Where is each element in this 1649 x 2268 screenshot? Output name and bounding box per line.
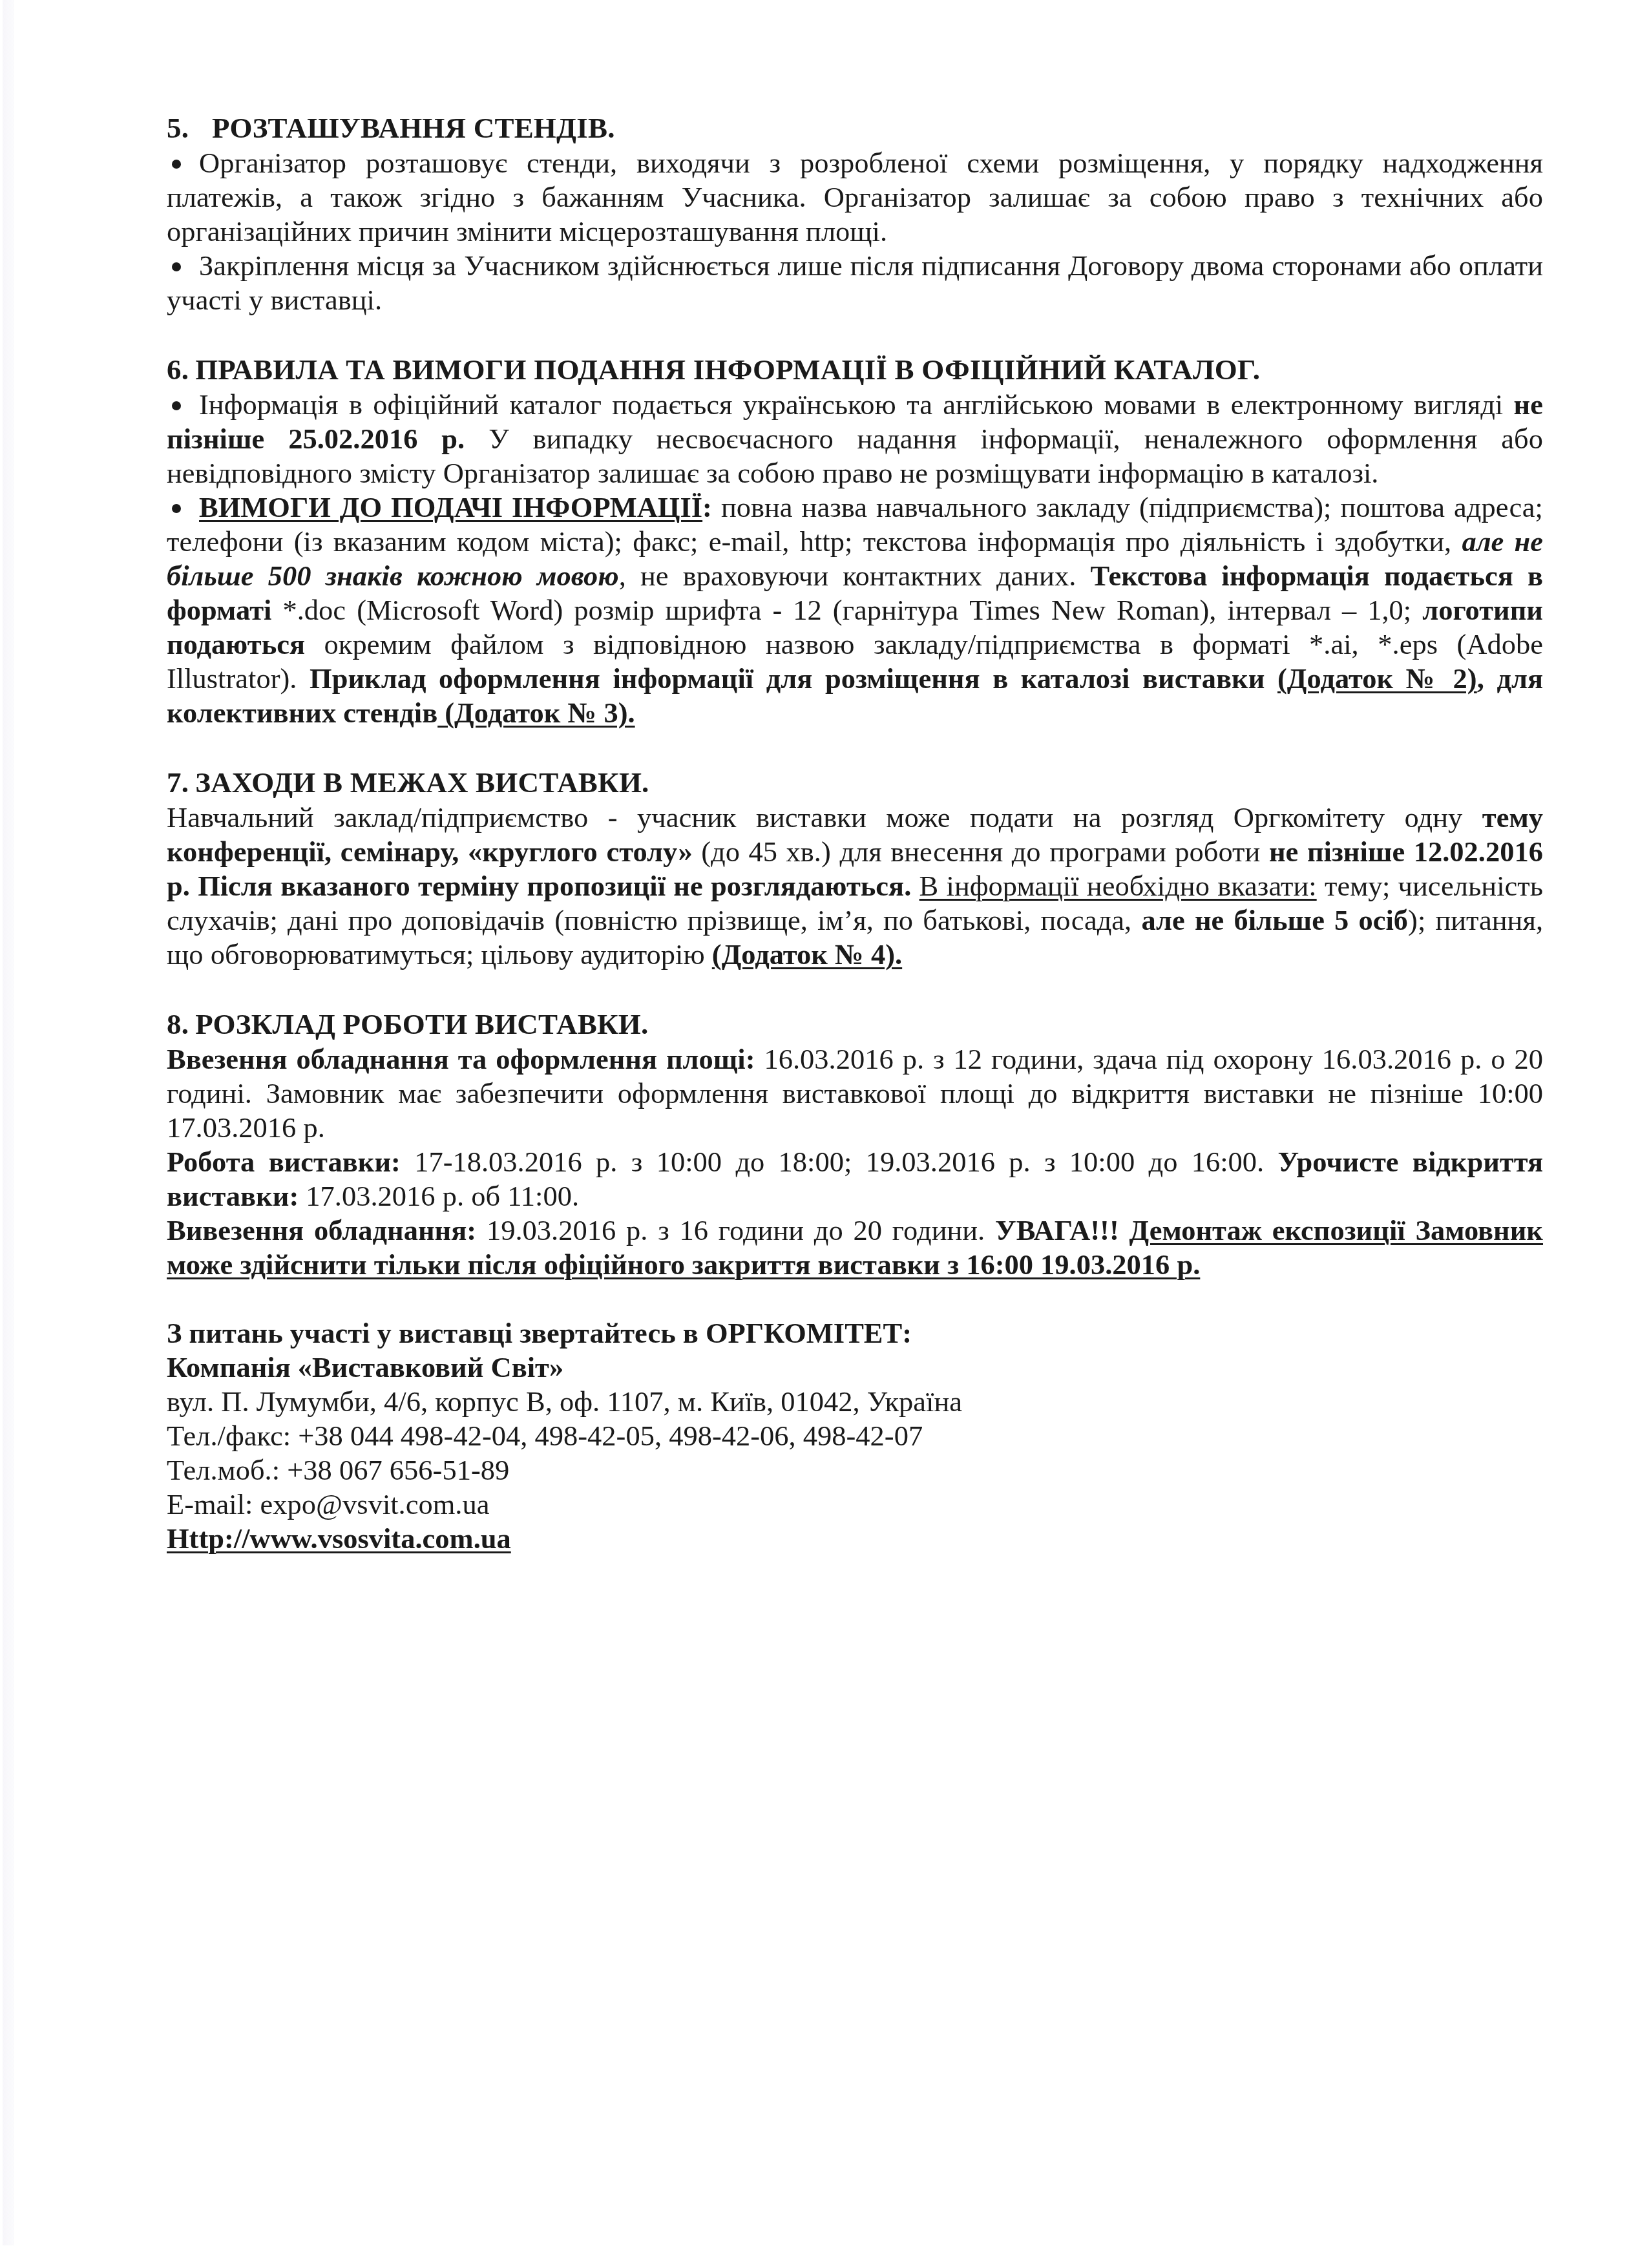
text-run: 17-18.03.2016 р. з 10:00 до 18:00; 19.03… <box>401 1146 1278 1178</box>
text-run: УВАГА!!! <box>995 1214 1119 1246</box>
bullet-paragraph: Закріплення місця за Учасником здійснюєт… <box>167 249 1543 317</box>
text-run: ВИМОГИ ДО ПОДАЧІ ІНФОРМАЦІЇ <box>199 491 702 523</box>
text-run <box>1119 1214 1129 1246</box>
section-s6: 6.ПРАВИЛА ТА ВИМОГИ ПОДАННЯ ІНФОРМАЦІЇ В… <box>167 352 1543 730</box>
bullet-paragraph: Організатор розташовує стенди, виходячи … <box>167 146 1543 249</box>
contacts-block: З питань участі у виставці звертайтесь в… <box>167 1316 1543 1556</box>
bullet-paragraph: ВИМОГИ ДО ПОДАЧІ ІНФОРМАЦІЇ: повна назва… <box>167 490 1543 730</box>
text-run: Закріплення місця за Учасником здійснюєт… <box>167 249 1543 316</box>
text-run: Інформація в офіційний каталог подається… <box>199 388 1514 421</box>
text-run: (Додаток № 4). <box>712 938 902 971</box>
bullet-paragraph: Інформація в офіційний каталог подається… <box>167 388 1543 490</box>
section-title: ЗАХОДИ В МЕЖАХ ВИСТАВКИ. <box>195 766 649 799</box>
section-number: 6. <box>167 352 189 388</box>
text-run: В інформації необхідно вказати: <box>919 870 1317 902</box>
section-s7: 7.ЗАХОДИ В МЕЖАХ ВИСТАВКИ.Навчальний зак… <box>167 764 1543 972</box>
section-title: РОЗТАШУВАННЯ СТЕНДІВ. <box>212 112 615 144</box>
paragraph: Ввезення обладнання та оформлення площі:… <box>167 1042 1543 1145</box>
paragraph: Робота виставки: 17-18.03.2016 р. з 10:0… <box>167 1145 1543 1213</box>
company-name: Компанія «Виставковий Світ» <box>167 1350 1543 1385</box>
document-sections: 5.РОЗТАШУВАННЯ СТЕНДІВ.Організатор розта… <box>167 110 1543 1282</box>
section-heading: 7.ЗАХОДИ В МЕЖАХ ВИСТАВКИ. <box>167 764 1543 801</box>
phone-fax: Тел./факс: +38 044 498-42-04, 498-42-05,… <box>167 1419 1543 1453</box>
section-heading: 8.РОЗКЛАД РОБОТИ ВИСТАВКИ. <box>167 1006 1543 1042</box>
bullet-icon <box>172 160 181 169</box>
contacts-intro: З питань участі у виставці звертайтесь в… <box>167 1316 1543 1350</box>
section-heading: 6.ПРАВИЛА ТА ВИМОГИ ПОДАННЯ ІНФОРМАЦІЇ В… <box>167 352 1543 388</box>
text-run: (Додаток № 3). <box>437 697 635 729</box>
section-s5: 5.РОЗТАШУВАННЯ СТЕНДІВ.Організатор розта… <box>167 110 1543 317</box>
text-run: (до 45 хв.) для внесення до програми роб… <box>693 835 1269 868</box>
text-run: 17.03.2016 р. об 11:00. <box>299 1180 579 1212</box>
section-number: 8. <box>167 1006 189 1042</box>
paragraph: Вивезення обладнання: 19.03.2016 р. з 16… <box>167 1213 1543 1282</box>
text-run: 19.03.2016 р. з 16 години до 20 години. <box>476 1214 995 1246</box>
text-run: Вивезення обладнання: <box>167 1214 476 1246</box>
paragraph: Навчальний заклад/підприємство - учасник… <box>167 801 1543 972</box>
section-number: 7. <box>167 764 189 801</box>
mobile-phone: Тел.моб.: +38 067 656-51-89 <box>167 1453 1543 1487</box>
scan-edge-shadow <box>3 0 14 2245</box>
section-title: РОЗКЛАД РОБОТИ ВИСТАВКИ. <box>195 1008 648 1040</box>
text-run: (Додаток № 2) <box>1277 662 1477 695</box>
document-page: 5.РОЗТАШУВАННЯ СТЕНДІВ.Організатор розта… <box>167 110 1543 1590</box>
text-run: Робота виставки: <box>167 1146 401 1178</box>
text-run: але не більше 5 осіб <box>1141 904 1408 936</box>
company-address: вул. П. Лумумби, 4/6, корпус В, оф. 1107… <box>167 1385 1543 1419</box>
website-link[interactable]: Http://www.vsosvita.com.ua <box>167 1522 1543 1556</box>
section-heading: 5.РОЗТАШУВАННЯ СТЕНДІВ. <box>167 110 1543 146</box>
text-run: , не враховуючи контактних даних. <box>619 560 1091 592</box>
text-run: Навчальний заклад/підприємство - учасник… <box>167 801 1482 834</box>
text-run: Приклад оформлення інформації для розміщ… <box>310 662 1277 695</box>
email-address: E-mail: expo@vsvit.com.ua <box>167 1487 1543 1522</box>
text-run: *.doc (Microsoft Word) розмір шрифта - 1… <box>271 594 1422 626</box>
text-run: Організатор розташовує стенди, виходячи … <box>167 147 1543 247</box>
text-run <box>911 870 919 902</box>
bullet-icon <box>172 504 181 513</box>
section-s8: 8.РОЗКЛАД РОБОТИ ВИСТАВКИ.Ввезення облад… <box>167 1006 1543 1282</box>
section-number: 5. <box>167 110 212 146</box>
bullet-icon <box>172 262 181 271</box>
bullet-icon <box>172 401 181 410</box>
text-run: : <box>702 491 712 523</box>
text-run: Ввезення обладнання та оформлення площі: <box>167 1043 755 1075</box>
section-title: ПРАВИЛА ТА ВИМОГИ ПОДАННЯ ІНФОРМАЦІЇ В О… <box>195 353 1260 386</box>
